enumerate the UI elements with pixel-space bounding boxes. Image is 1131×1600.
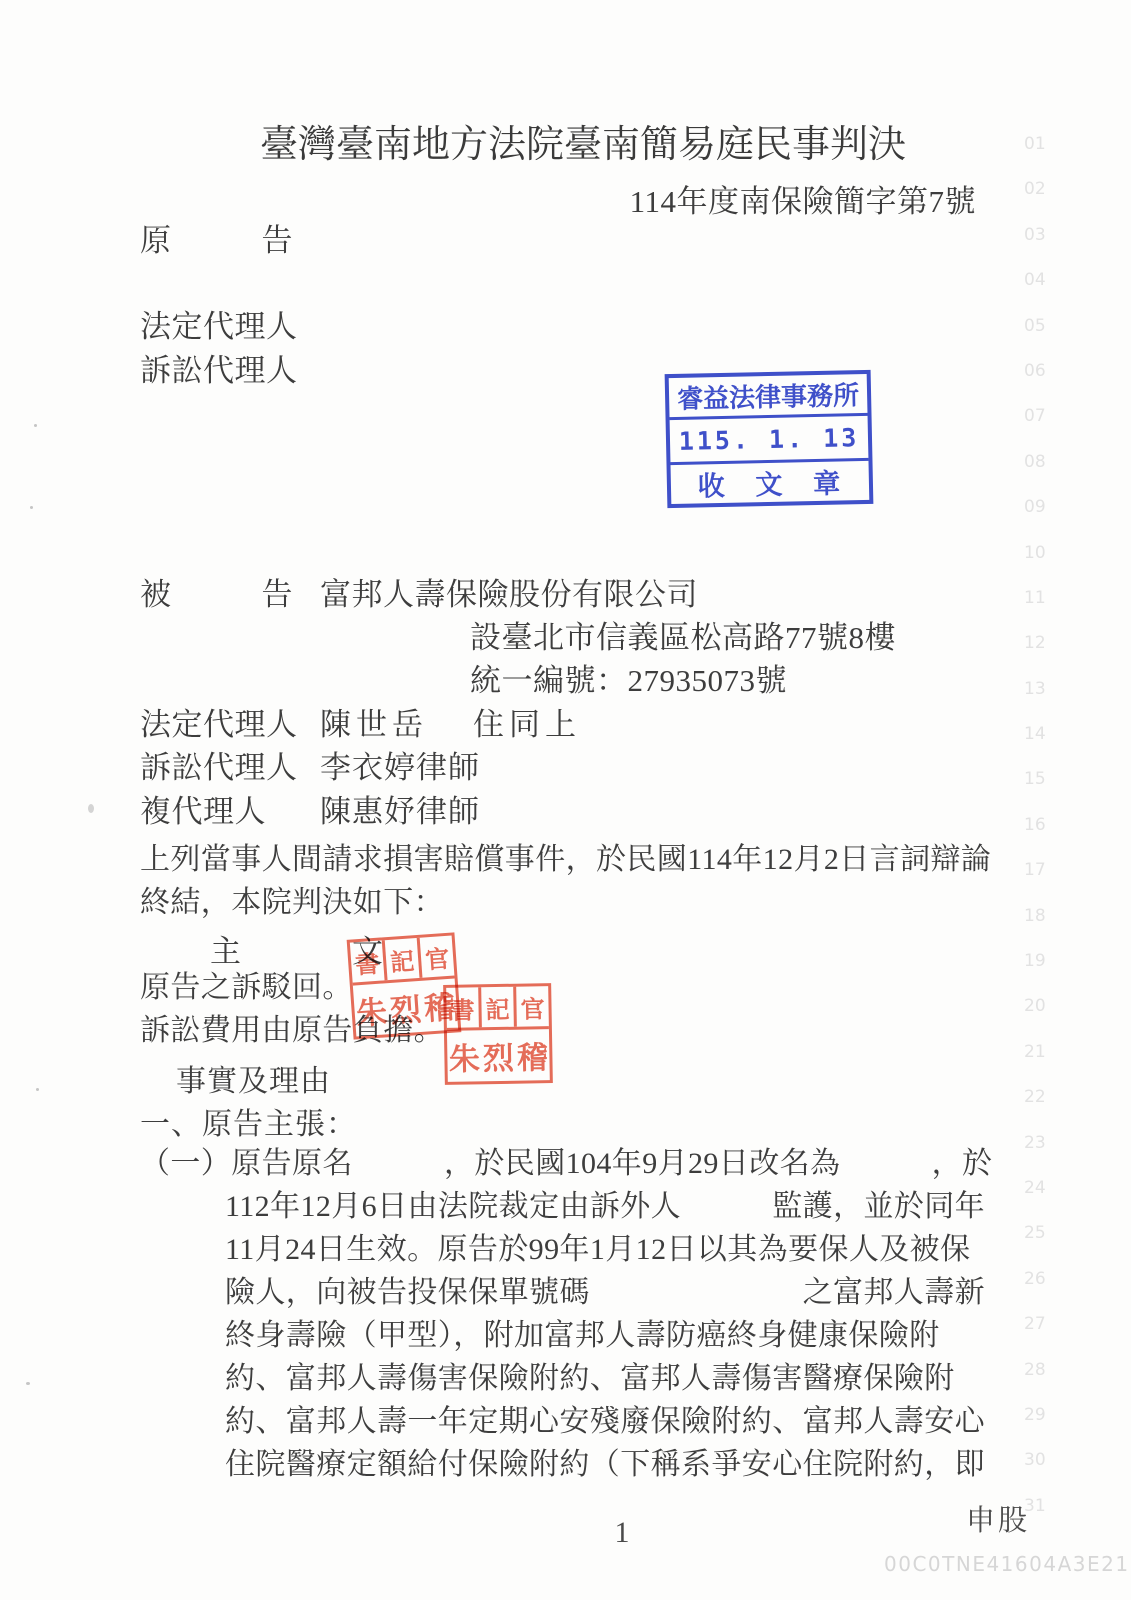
clerk-seal-char: 官 (513, 986, 549, 1027)
text-line: 19 (1024, 939, 1064, 984)
receipt-stamp-date: 115. 1. 13 (670, 416, 869, 462)
defendant-sub-rep-name: 陳惠妤律師 (320, 793, 480, 830)
clerk-seal-char: 官 (417, 936, 455, 978)
text-line: 112年12月6日由法院裁定由訴外人 監護，並於同年 (225, 1185, 1020, 1228)
scan-speck (26, 1382, 30, 1385)
receipt-stamp-firm-name: 睿益法律事務所 (669, 374, 868, 420)
text-line: 25 (1024, 1211, 1064, 1256)
claim-item-1-paragraph: （一）原告原名 ，於民國104年9月29日改名為 ，於112年12月6日由法院裁… (140, 1142, 1020, 1486)
scan-speck (30, 506, 33, 509)
clerk-seal-title-row: 書 記 官 (446, 986, 549, 1031)
plaintiff-label: 原 告 (140, 222, 293, 259)
scan-speck (34, 424, 37, 427)
defendant-name: 富邦人壽保險股份有限公司 (320, 576, 698, 613)
text-line: 10 (1024, 531, 1064, 576)
defendant-legal-rep-label: 法定代理人 (140, 706, 298, 743)
text-line: 06 (1024, 349, 1064, 394)
court-division: 申股 (966, 1498, 1030, 1539)
page-number: 1 (600, 1516, 644, 1550)
text-line: 26 (1024, 1257, 1064, 1302)
text-line: 01 (1024, 122, 1064, 167)
text-line: 14 (1024, 712, 1064, 757)
defendant-legal-rep-note: 住同上 (473, 706, 581, 743)
text-line: 15 (1024, 757, 1064, 802)
text-line: 上列當事人間請求損害賠償事件，於民國114年12月2日言詞辯論 (140, 838, 1010, 881)
text-line: 約、富邦人壽傷害保險附約、富邦人壽傷害醫療保險附 (225, 1357, 1020, 1400)
text-line: 18 (1024, 894, 1064, 939)
text-line: 29 (1024, 1393, 1064, 1438)
text-line: 17 (1024, 848, 1064, 893)
text-line: 28 (1024, 1348, 1064, 1393)
text-line: 21 (1024, 1030, 1064, 1075)
margin-line-numbers: 0102030405060708091011121314151617181920… (1024, 122, 1064, 1529)
text-line: 約、富邦人壽一年定期心安殘廢保險附約、富邦人壽安心 (225, 1400, 1020, 1443)
main-heading-first: 主 (210, 926, 241, 971)
defendant-address: 設臺北市信義區松高路77號8樓 (470, 619, 896, 656)
clerk-seal-char: 烈 (482, 1033, 514, 1079)
clerk-seal-name-row: 朱 烈 稽 (447, 1029, 550, 1082)
document-title: 臺灣臺南地方法院臺南簡易庭民事判決 (260, 113, 906, 168)
text-line: 08 (1024, 440, 1064, 485)
text-line: 09 (1024, 485, 1064, 530)
text-line: 12 (1024, 621, 1064, 666)
text-line: 住院醫療定額給付保險附約（下稱系爭安心住院附約，即 (225, 1443, 1020, 1486)
text-line: 13 (1024, 667, 1064, 712)
clerk-seal-char: 記 (382, 938, 420, 980)
defendant-label: 被 告 (140, 576, 293, 613)
judgment-page: 0102030405060708091011121314151617181920… (0, 0, 1131, 1600)
clerk-seal-stamp-2: 書 記 官 朱 烈 稽 (443, 983, 553, 1085)
text-line: 16 (1024, 803, 1064, 848)
text-line: 27 (1024, 1302, 1064, 1347)
clerk-seal-char: 書 (446, 987, 479, 1028)
watermark-code: 00C0TNE41604A3E21B61 (884, 1552, 1131, 1576)
scan-speck (88, 804, 94, 813)
text-line: 30 (1024, 1438, 1064, 1483)
text-line: 終結，本院判決如下： (140, 881, 1010, 924)
preamble-paragraph: 上列當事人間請求損害賠償事件，於民國114年12月2日言詞辯論終結，本院判決如下… (140, 838, 1010, 924)
text-line: 11月24日生效。原告於99年1月12日以其為要保人及被保 (225, 1228, 1020, 1271)
claim-heading: 一、原告主張： (140, 1099, 357, 1143)
clerk-seal-char: 烈 (388, 984, 422, 1031)
defendant-label-second: 告 (262, 576, 294, 613)
plaintiff-litigation-rep-label: 訴訟代理人 (140, 352, 298, 389)
receipt-stamp-type: 收 文 章 (670, 458, 869, 504)
text-line: 07 (1024, 394, 1064, 439)
law-firm-receipt-stamp: 睿益法律事務所 115. 1. 13 收 文 章 (665, 370, 874, 508)
scan-speck (36, 1088, 39, 1091)
text-line: 11 (1024, 576, 1064, 621)
defendant-legal-rep-name: 陳世岳 (320, 706, 428, 743)
clerk-seal-char: 記 (478, 987, 514, 1028)
facts-heading: 事實及理由 (176, 1056, 331, 1100)
clerk-seal-title-row: 書 記 官 (350, 936, 455, 986)
clerk-seal-char: 書 (350, 940, 385, 982)
text-line: 03 (1024, 213, 1064, 258)
text-line: 05 (1024, 304, 1064, 349)
clerk-seal-char: 朱 (448, 1033, 480, 1079)
text-line: 終身壽險（甲型），附加富邦人壽防癌終身健康保險附 (225, 1314, 1020, 1357)
clerk-seal-char: 朱 (355, 986, 389, 1033)
defendant-sub-rep-label: 複代理人 (140, 793, 266, 830)
defendant-litigation-rep-name: 李衣婷律師 (320, 749, 480, 786)
text-line: （一）原告原名 ，於民國104年9月29日改名為 ，於 (140, 1142, 1020, 1185)
text-line: 02 (1024, 167, 1064, 212)
clerk-seal-char: 稽 (516, 1032, 548, 1078)
text-line: 24 (1024, 1166, 1064, 1211)
text-line: 險人，向被告投保保單號碼 之富邦人壽新 (225, 1271, 1020, 1314)
text-line: 04 (1024, 258, 1064, 303)
defendant-litigation-rep-label: 訴訟代理人 (140, 749, 298, 786)
case-number: 114年度南保險簡字第7號 (620, 176, 976, 221)
plaintiff-legal-rep-label: 法定代理人 (140, 308, 298, 345)
text-line: 22 (1024, 1075, 1064, 1120)
plaintiff-label-first: 原 (140, 222, 172, 259)
text-line: 23 (1024, 1121, 1064, 1166)
defendant-label-first: 被 (140, 576, 172, 613)
defendant-uniform-number: 統一編號：27935073號 (470, 662, 787, 699)
text-line: 20 (1024, 984, 1064, 1029)
plaintiff-label-second: 告 (262, 222, 294, 259)
